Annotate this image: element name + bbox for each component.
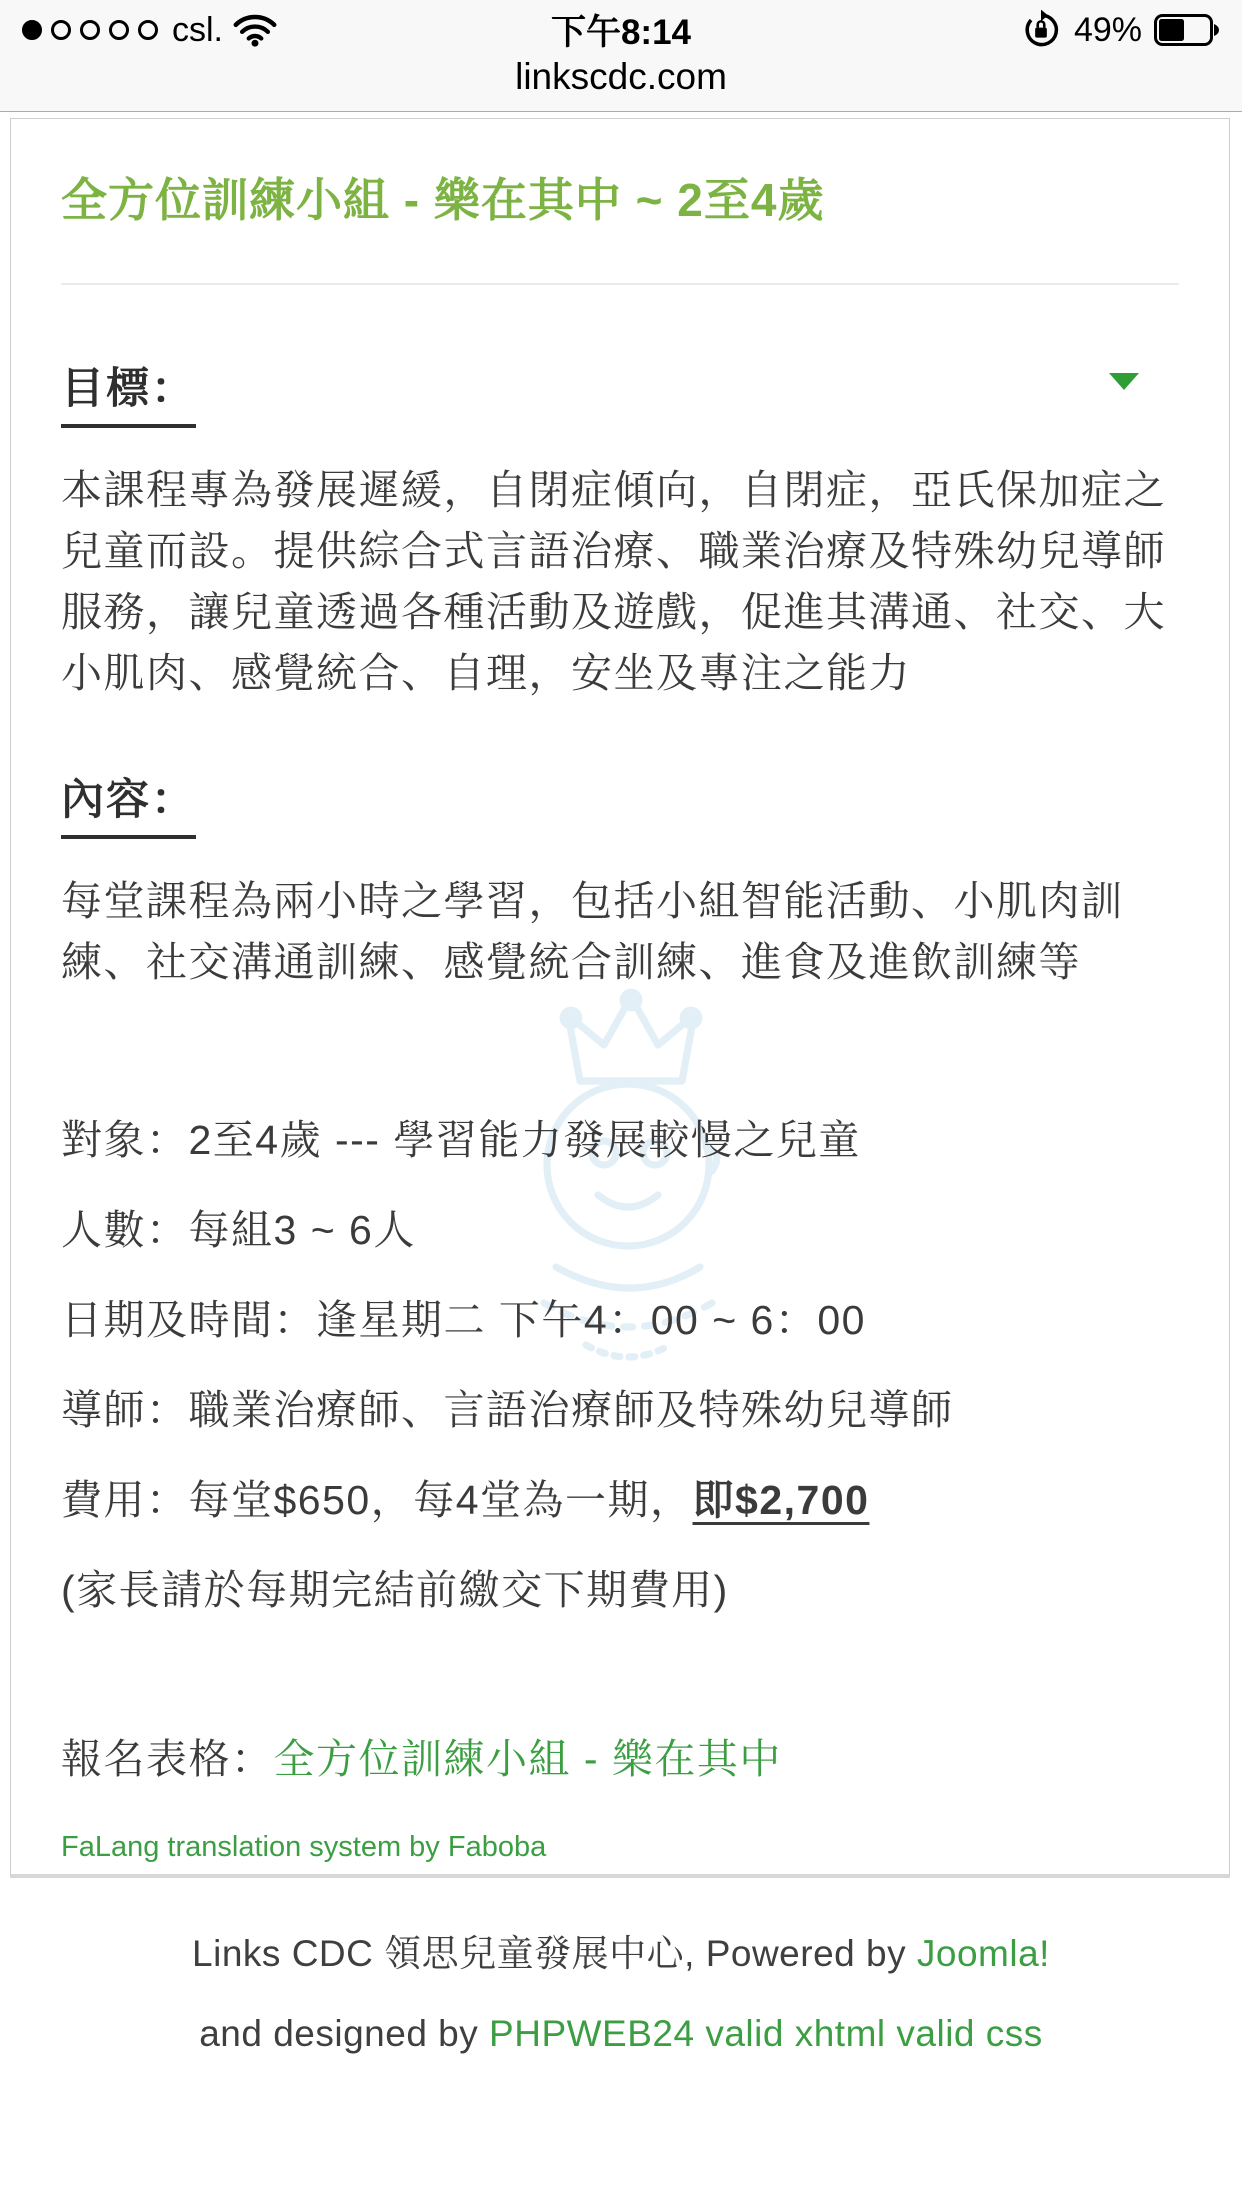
- detail-group-size: 人數：每組3 ~ 6人: [61, 1205, 1179, 1255]
- site-footer: Links CDC 領思兒童發展中心, Powered by Joomla! a…: [0, 1914, 1242, 2074]
- detail-target: 對象：2至4歲 --- 學習能力發展較慢之兒童: [61, 1115, 1179, 1165]
- footer-line-1: Links CDC 領思兒童發展中心, Powered by Joomla!: [0, 1914, 1242, 1994]
- joomla-link[interactable]: Joomla!: [917, 1933, 1050, 1974]
- signal-dot: [138, 20, 158, 40]
- signal-dot: [109, 20, 129, 40]
- rotation-lock-icon: [1020, 9, 1062, 51]
- url-bar[interactable]: linkscdc.com: [0, 56, 1242, 98]
- registration-row: 報名表格：全方位訓練小組 - 樂在其中: [61, 1733, 1179, 1785]
- registration-label: 報名表格：: [61, 1736, 274, 1782]
- detail-fee: 費用：每堂$650，每4堂為一期，即$2,700: [61, 1475, 1179, 1525]
- content-section-header: 內容：: [61, 766, 1179, 839]
- status-left: csl.: [22, 11, 277, 50]
- signal-dots-icon: [22, 20, 158, 40]
- divider: [61, 283, 1179, 285]
- goal-paragraph: 本課程專為發展遲緩，自閉症傾向，自閉症，亞氏保加症之兒童而設。提供綜合式言語治療…: [61, 460, 1179, 704]
- phpweb24-link[interactable]: PHPWEB24 valid xhtml valid css: [489, 2013, 1043, 2054]
- detail-schedule: 日期及時間：逢星期二 下午4：00 ~ 6：00: [61, 1295, 1179, 1345]
- goal-section-header: 目標：: [61, 355, 1179, 428]
- content-heading: 內容：: [61, 766, 196, 839]
- footer-line-2: and designed by PHPWEB24 valid xhtml val…: [0, 1994, 1242, 2074]
- footer-text-1: Links CDC 領思兒童發展中心, Powered by: [192, 1933, 917, 1974]
- dropdown-arrow-icon[interactable]: [1109, 373, 1139, 390]
- detail-fee-note: (家長請於每期完結前繳交下期費用): [61, 1565, 1179, 1615]
- registration-form-link[interactable]: 全方位訓練小組 - 樂在其中: [274, 1736, 782, 1782]
- status-right: 49%: [1020, 9, 1220, 51]
- goal-heading: 目標：: [61, 355, 196, 428]
- content-card: 全方位訓練小組 - 樂在其中 ~ 2至4歲 目標： 本課程專為發展遲緩，自閉症傾…: [10, 118, 1230, 1878]
- fee-text: 費用：每堂$650，每4堂為一期，: [61, 1477, 693, 1523]
- content-paragraph: 每堂課程為兩小時之學習，包括小組智能活動、小肌肉訓練、社交溝通訓練、感覺統合訓練…: [61, 871, 1179, 993]
- status-bar: csl. 下午8:14 49% linkscdc.com: [0, 0, 1242, 112]
- signal-dot: [51, 20, 71, 40]
- status-bar-row: csl. 下午8:14 49%: [0, 6, 1242, 54]
- signal-dot: [22, 20, 42, 40]
- course-details: 對象：2至4歲 --- 學習能力發展較慢之兒童 人數：每組3 ~ 6人 日期及時…: [61, 1115, 1179, 1615]
- fee-total: 即$2,700: [693, 1477, 870, 1523]
- battery-percent-label: 49%: [1074, 11, 1142, 50]
- falang-credit-link[interactable]: FaLang translation system by Faboba: [61, 1831, 1179, 1864]
- detail-tutors: 導師：職業治療師、言語治療師及特殊幼兒導師: [61, 1385, 1179, 1435]
- wifi-icon: [233, 13, 277, 47]
- page-title: 全方位訓練小組 - 樂在其中 ~ 2至4歲: [61, 171, 1179, 229]
- carrier-label: csl.: [172, 11, 223, 50]
- battery-icon: [1154, 14, 1220, 46]
- footer-text-2: and designed by: [199, 2013, 489, 2054]
- signal-dot: [80, 20, 100, 40]
